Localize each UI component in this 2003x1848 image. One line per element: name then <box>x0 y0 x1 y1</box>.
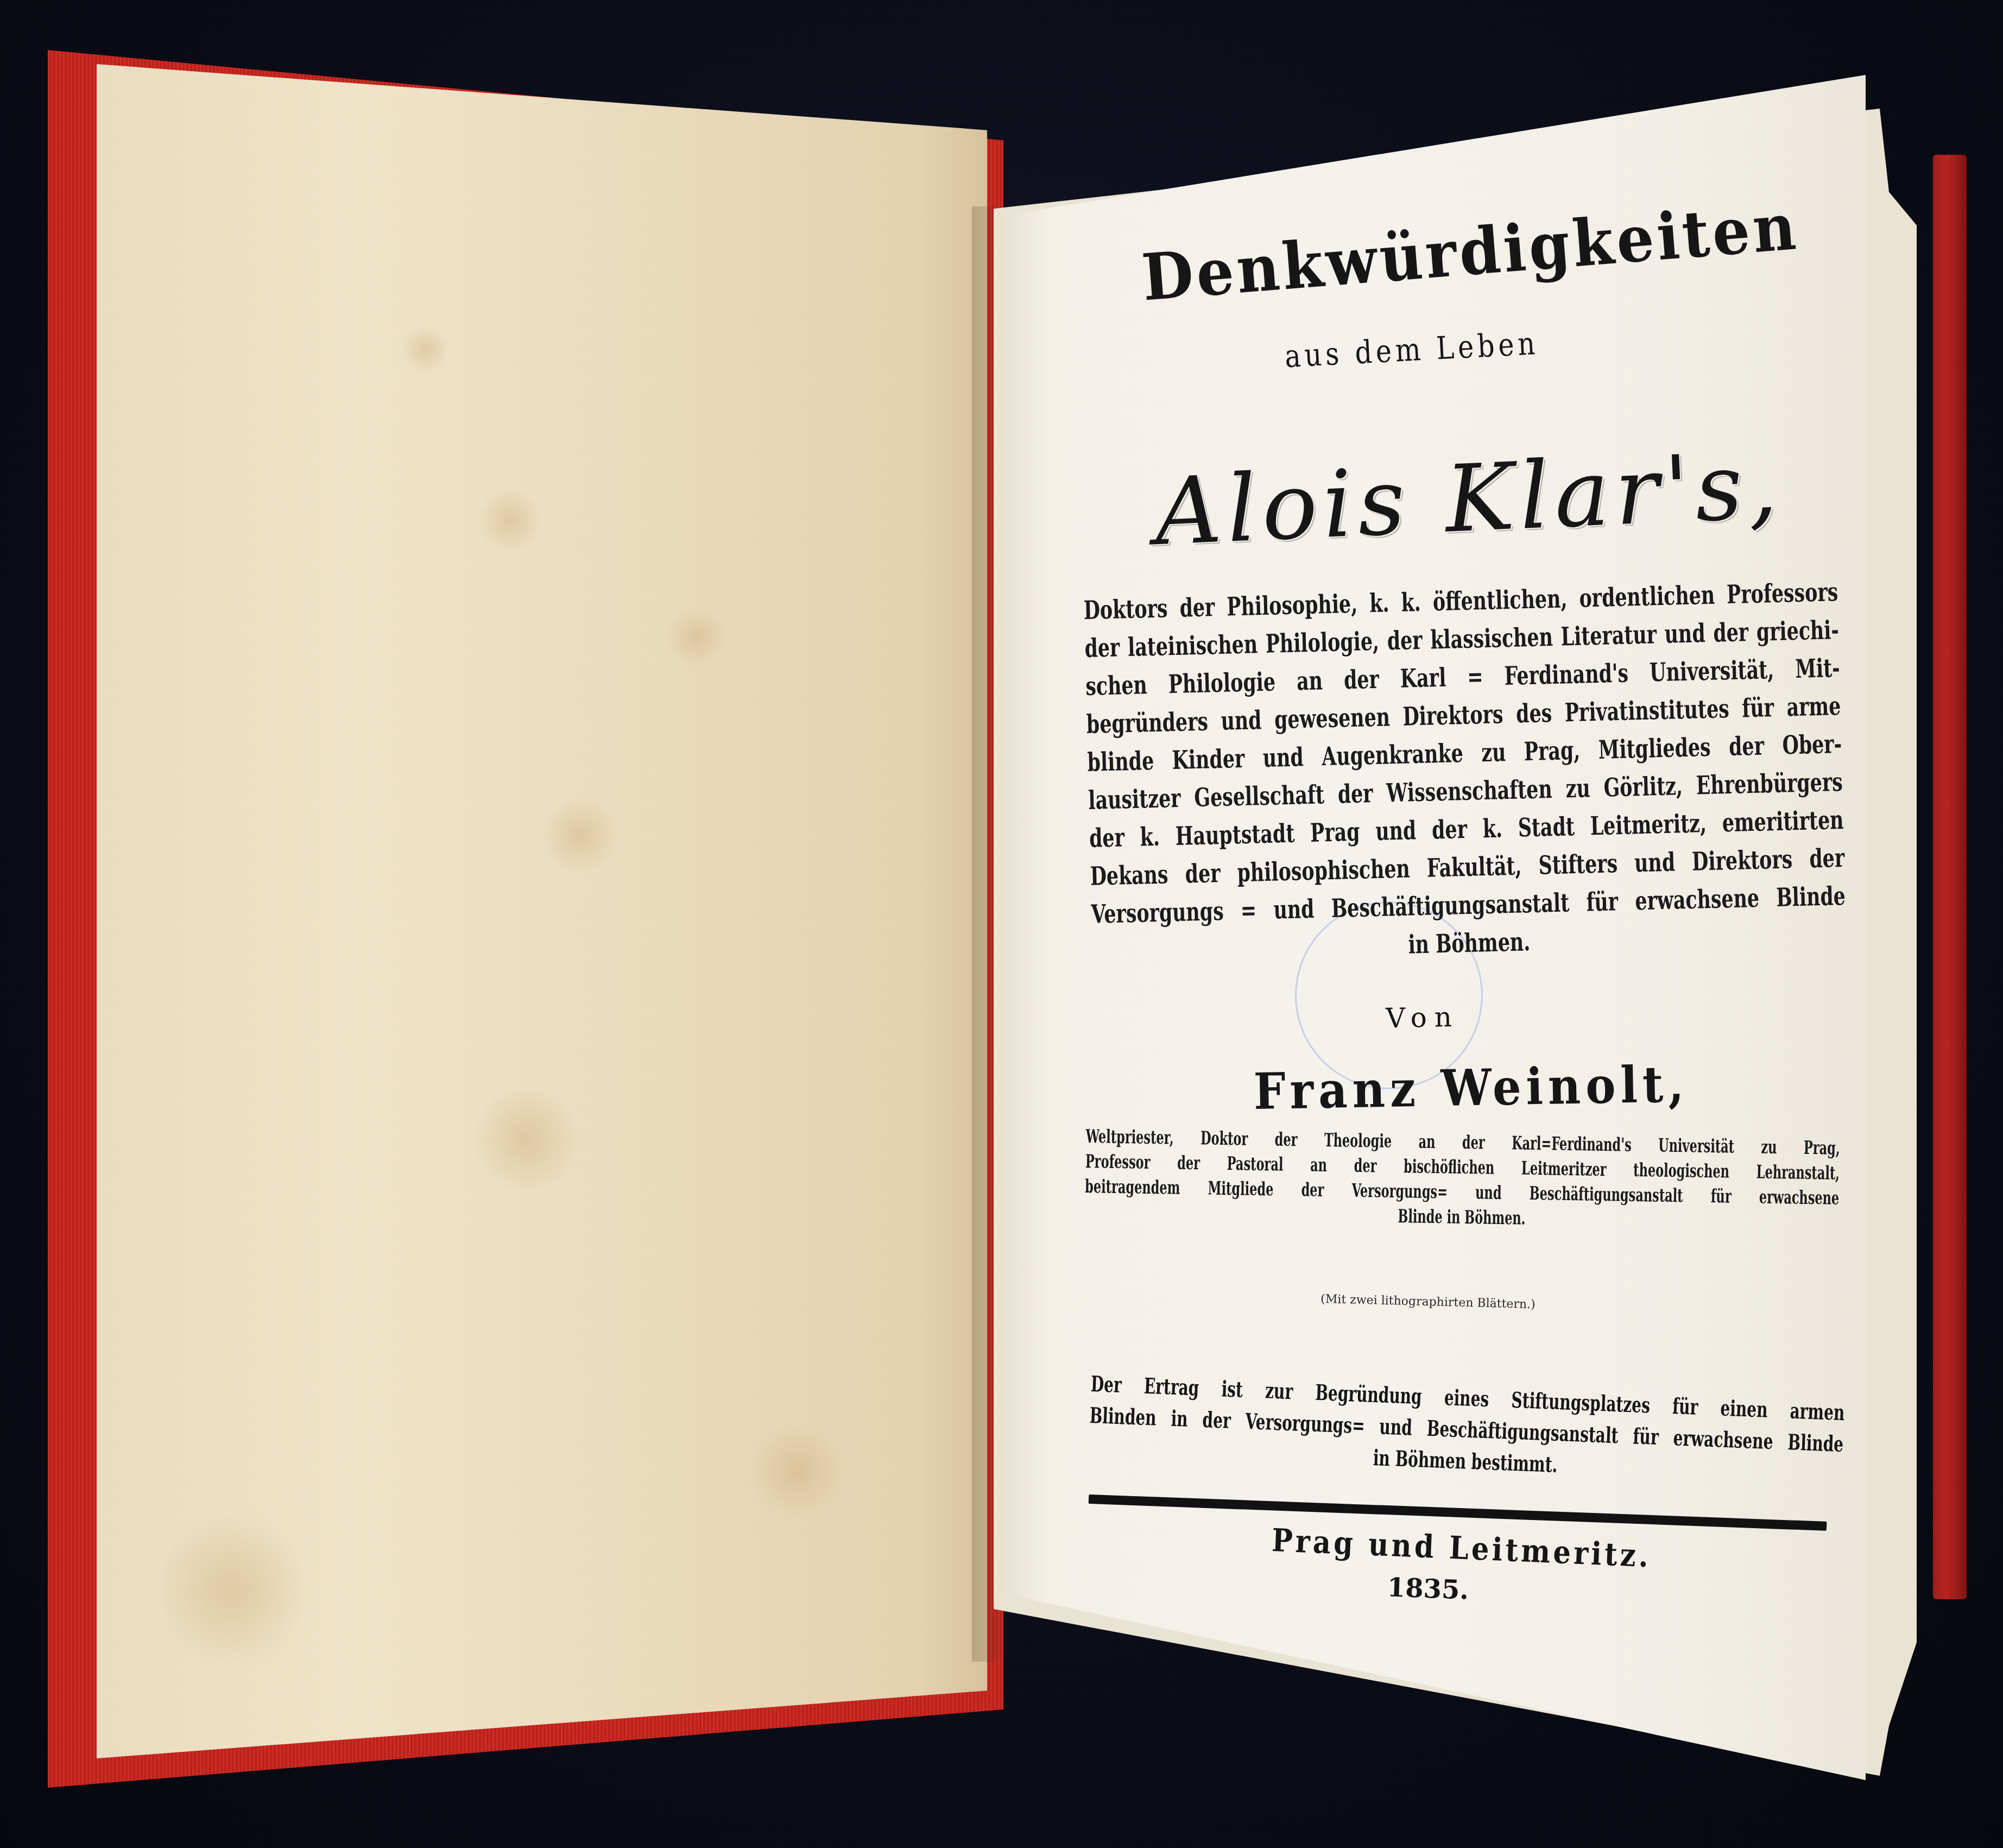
foxing-stain <box>162 1503 303 1677</box>
foxing-stain <box>477 488 542 553</box>
by-label: Von <box>1368 1001 1477 1034</box>
subject-description: Doktors der Philosophie, k. k. öffentlic… <box>1083 573 1847 972</box>
foxing-stain <box>667 607 726 667</box>
foxing-stain <box>542 797 618 873</box>
author-name: Franz Weinolt, <box>1253 1056 1635 1121</box>
foxing-stain <box>401 325 450 374</box>
foxing-stain <box>471 1085 580 1194</box>
left-endpaper <box>97 64 987 1758</box>
author-description: Weltpriester, Doktor der Theologie an de… <box>1084 1124 1841 1236</box>
foxing-stain <box>748 1422 846 1519</box>
imprint-year: 1835. <box>1346 1571 1510 1607</box>
right-cover-edge <box>1933 155 1967 1599</box>
